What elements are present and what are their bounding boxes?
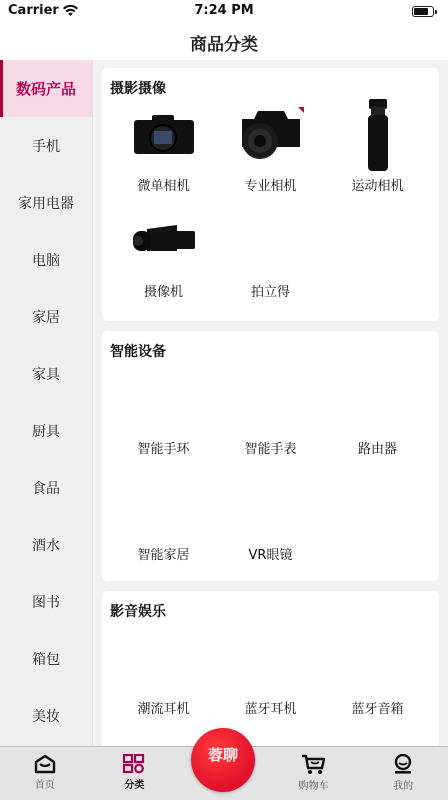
tab-label: 购物车 [299,777,329,792]
product-bluetooth-earphones[interactable]: 蓝牙耳机 [217,623,324,729]
product-image [235,472,307,534]
action-camera-icon [342,99,414,171]
category-icon [123,754,145,774]
sidebar-item-label: 厨具 [32,421,60,441]
product-label: 智能手表 [244,438,296,457]
sidebar-item-label: 图书 [32,592,60,612]
mirrorless-camera-icon [128,103,200,165]
sidebar-item-beauty[interactable]: 美妆 [0,687,92,744]
sidebar-item-label: 手机 [32,136,60,156]
sidebar-item-books[interactable]: 图书 [0,573,92,630]
category-content[interactable]: 摄影摄像 微单相机 专业相机 运动相机 [93,60,448,746]
product-label: 路由器 [358,438,397,457]
product-smart-home[interactable]: 智能家居 [110,469,217,575]
tab-label: 首页 [35,776,55,791]
status-bar: Carrier 7:24 PM [0,0,448,24]
section-title: 影音娱乐 [110,601,431,623]
tab-label: 分类 [124,776,144,791]
product-label: 智能手环 [137,438,189,457]
tab-category[interactable]: 分类 [90,747,180,800]
product-label: 蓝牙耳机 [244,698,296,717]
product-label: 拍立得 [251,281,290,300]
sidebar-item-label: 家居 [32,307,60,327]
home-icon [34,754,56,774]
product-image [128,366,200,428]
product-camcorder[interactable]: 摄像机 [110,206,217,312]
product-image [128,472,200,534]
chat-button-label: 蓉聊 [208,744,238,765]
chat-button[interactable]: 蓉聊 [191,728,255,792]
tab-cart[interactable]: 购物车 [269,747,359,800]
product-label: 微单相机 [137,175,189,194]
product-action-camera[interactable]: 运动相机 [324,100,431,206]
sidebar-item-label: 电脑 [32,250,60,270]
camcorder-icon [128,209,200,271]
dslr-camera-icon [235,103,307,165]
product-dslr-camera[interactable]: 专业相机 [217,100,324,206]
sidebar-item-label: 数码产品 [16,78,76,99]
product-bluetooth-speaker[interactable]: 蓝牙音箱 [324,623,431,729]
battery-icon [412,6,434,17]
sidebar-item-label: 箱包 [32,649,60,669]
instant-camera-image [235,209,307,271]
tab-home[interactable]: 首页 [0,747,90,800]
sidebar-item-kitchen[interactable]: 厨具 [0,402,92,459]
section-smart-devices: 智能设备 智能手环 智能手表 路由器 智能家居 VR眼镜 [102,331,439,581]
product-label: 蓝牙音箱 [351,698,403,717]
product-image [342,626,414,688]
product-mirrorless-camera[interactable]: 微单相机 [110,100,217,206]
page-title: 商品分类 [190,30,258,55]
sidebar-item-label: 酒水 [32,535,60,555]
sidebar-item-furniture[interactable]: 家具 [0,345,92,402]
sidebar-item-bags[interactable]: 箱包 [0,630,92,687]
sidebar-item-phone[interactable]: 手机 [0,117,92,174]
tab-label: 我的 [393,777,413,792]
sidebar-item-label: 家具 [32,364,60,384]
product-image [235,366,307,428]
cart-icon [301,754,327,775]
sidebar-item-label: 家用电器 [18,193,74,213]
sidebar-item-label: 食品 [32,478,60,498]
section-photography: 摄影摄像 微单相机 专业相机 运动相机 [102,68,439,321]
product-label: 智能家居 [137,544,189,563]
product-fashion-headphones[interactable]: 潮流耳机 [110,623,217,729]
product-image [128,626,200,688]
section-title: 智能设备 [110,341,431,363]
sidebar-item-food[interactable]: 食品 [0,459,92,516]
category-sidebar: 数码产品 手机 家用电器 电脑 家居 家具 厨具 食品 酒水 图书 箱包 美妆 [0,60,93,746]
product-image [342,366,414,428]
nav-bar: 商品分类 [0,24,448,60]
product-router[interactable]: 路由器 [324,363,431,469]
profile-icon [392,754,414,775]
product-vr-glasses[interactable]: VR眼镜 [217,469,324,575]
product-label: 潮流耳机 [137,698,189,717]
clock: 7:24 PM [0,3,448,18]
product-label: VR眼镜 [249,544,293,563]
sidebar-item-digital[interactable]: 数码产品 [0,60,92,117]
sidebar-item-computer[interactable]: 电脑 [0,231,92,288]
product-instant-camera[interactable]: 拍立得 [217,206,324,312]
product-label: 运动相机 [351,175,403,194]
sidebar-item-home[interactable]: 家居 [0,288,92,345]
product-label: 专业相机 [244,175,296,194]
sidebar-item-drinks[interactable]: 酒水 [0,516,92,573]
section-title: 摄影摄像 [110,78,431,100]
section-entertainment: 影音娱乐 潮流耳机 蓝牙耳机 蓝牙音箱 [102,591,439,746]
sidebar-item-appliances[interactable]: 家用电器 [0,174,92,231]
tab-profile[interactable]: 我的 [358,747,448,800]
sidebar-item-label: 美妆 [32,706,60,726]
product-label: 摄像机 [144,281,183,300]
product-image [235,626,307,688]
product-smart-watch[interactable]: 智能手表 [217,363,324,469]
product-smart-band[interactable]: 智能手环 [110,363,217,469]
